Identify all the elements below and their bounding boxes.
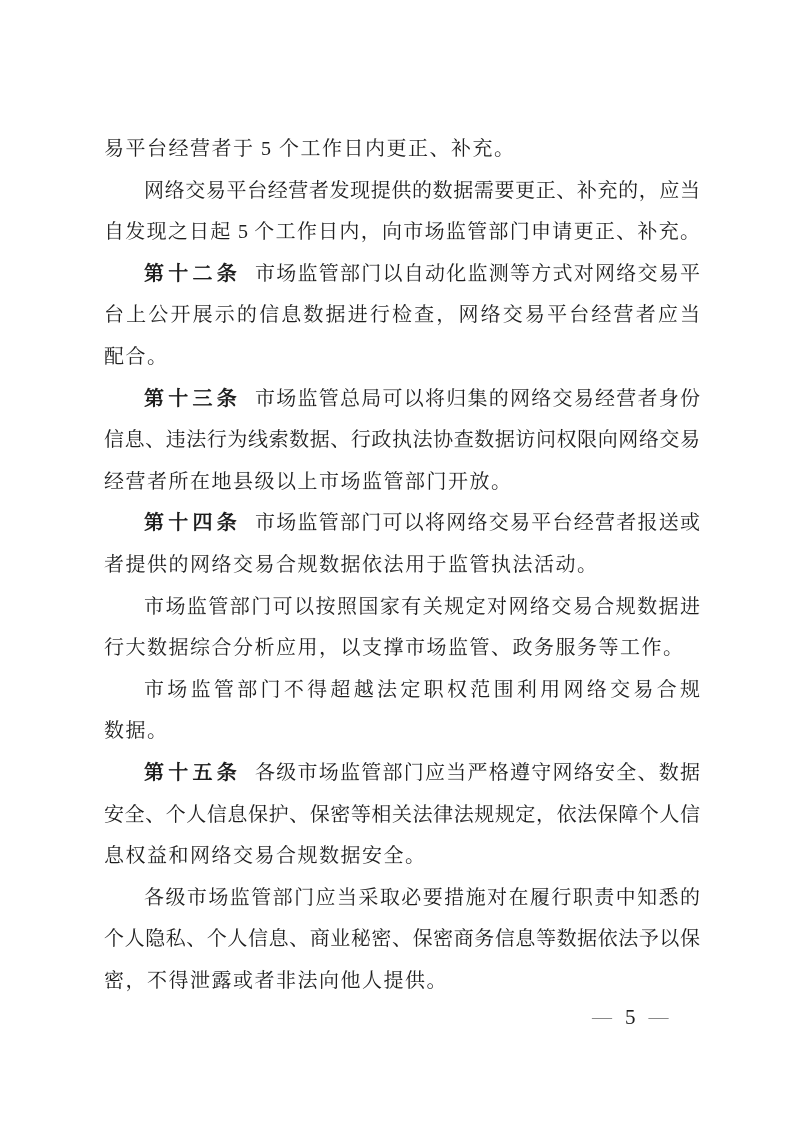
- text-line: 配合。: [104, 337, 700, 379]
- page-number-left-dash: —: [592, 1004, 612, 1030]
- text-line: 自发现之日起 5 个工作日内，向市场监管部门申请更正、补充。: [104, 212, 700, 254]
- text-line-article-13: 第十三条市场监管总局可以将归集的网络交易经营者身份: [104, 379, 700, 421]
- line-text: 市场监管总局可以将归集的网络交易经营者身份: [255, 388, 700, 410]
- line-text: 网络交易平台经营者发现提供的数据需要更正、补充的，应当: [144, 180, 700, 202]
- text-line-article-15: 第十五条各级市场监管部门应当严格遵守网络安全、数据: [104, 753, 700, 795]
- line-text: 行大数据综合分析应用，以支撑市场监管、政务服务等工作。: [104, 637, 685, 659]
- line-text: 信息、违法行为线索数据、行政执法协查数据访问权限向网络交易: [104, 429, 700, 451]
- text-line: 者提供的网络交易合规数据依法用于监管执法活动。: [104, 545, 700, 587]
- text-line: 数据。: [104, 711, 700, 753]
- line-text: 密，不得泄露或者非法向他人提供。: [104, 970, 448, 992]
- text-line-article-12: 第十二条市场监管部门以自动化监测等方式对网络交易平: [104, 254, 700, 296]
- text-line: 经营者所在地县级以上市场监管部门开放。: [104, 462, 700, 504]
- line-text: 自发现之日起 5 个工作日内，向市场监管部门申请更正、补充。: [104, 221, 700, 243]
- line-text: 市场监管部门可以将网络交易平台经营者报送或: [255, 512, 700, 534]
- document-body: 易平台经营者于 5 个工作日内更正、补充。 网络交易平台经营者发现提供的数据需要…: [104, 129, 700, 1002]
- line-text: 配合。: [104, 346, 169, 368]
- line-text: 台上公开展示的信息数据进行检查，网络交易平台经营者应当: [104, 304, 700, 326]
- text-line: 易平台经营者于 5 个工作日内更正、补充。: [104, 129, 700, 171]
- text-line: 台上公开展示的信息数据进行检查，网络交易平台经营者应当: [104, 295, 700, 337]
- line-text: 易平台经营者于 5 个工作日内更正、补充。: [104, 138, 516, 160]
- line-text: 息权益和网络交易合规数据安全。: [104, 845, 427, 867]
- page-number-right-dash: —: [649, 1004, 669, 1030]
- text-line: 安全、个人信息保护、保密等相关法律法规规定，依法保障个人信: [104, 795, 700, 837]
- text-line: 各级市场监管部门应当采取必要措施对在履行职责中知悉的: [104, 878, 700, 920]
- line-text: 市场监管部门以自动化监测等方式对网络交易平: [255, 263, 700, 285]
- text-line: 密，不得泄露或者非法向他人提供。: [104, 961, 700, 1003]
- document-page: 易平台经营者于 5 个工作日内更正、补充。 网络交易平台经营者发现提供的数据需要…: [0, 0, 800, 1131]
- text-line: 市场监管部门不得超越法定职权范围利用网络交易合规: [104, 670, 700, 712]
- text-line: 个人隐私、个人信息、商业秘密、保密商务信息等数据依法予以保: [104, 919, 700, 961]
- text-line: 信息、违法行为线索数据、行政执法协查数据访问权限向网络交易: [104, 420, 700, 462]
- line-text: 市场监管部门可以按照国家有关规定对网络交易合规数据进: [144, 596, 700, 618]
- page-number: — 5 —: [592, 1004, 669, 1030]
- page-number-value: 5: [625, 1004, 636, 1030]
- line-text: 经营者所在地县级以上市场监管部门开放。: [104, 471, 513, 493]
- article-number: 第十二条: [144, 263, 241, 285]
- line-text: 者提供的网络交易合规数据依法用于监管执法活动。: [104, 554, 599, 576]
- line-text: 市场监管部门不得超越法定职权范围利用网络交易合规: [144, 679, 700, 701]
- text-line: 行大数据综合分析应用，以支撑市场监管、政务服务等工作。: [104, 628, 700, 670]
- article-number: 第十五条: [144, 762, 241, 784]
- text-line: 息权益和网络交易合规数据安全。: [104, 836, 700, 878]
- line-text: 个人隐私、个人信息、商业秘密、保密商务信息等数据依法予以保: [104, 928, 700, 950]
- line-text: 数据。: [104, 720, 169, 742]
- article-number: 第十四条: [144, 512, 241, 534]
- line-text: 各级市场监管部门应当采取必要措施对在履行职责中知悉的: [144, 887, 700, 909]
- text-line-article-14: 第十四条市场监管部门可以将网络交易平台经营者报送或: [104, 503, 700, 545]
- text-line: 网络交易平台经营者发现提供的数据需要更正、补充的，应当: [104, 171, 700, 213]
- line-text: 各级市场监管部门应当严格遵守网络安全、数据: [255, 762, 700, 784]
- article-number: 第十三条: [144, 388, 241, 410]
- line-text: 安全、个人信息保护、保密等相关法律法规规定，依法保障个人信: [104, 804, 700, 826]
- text-line: 市场监管部门可以按照国家有关规定对网络交易合规数据进: [104, 587, 700, 629]
